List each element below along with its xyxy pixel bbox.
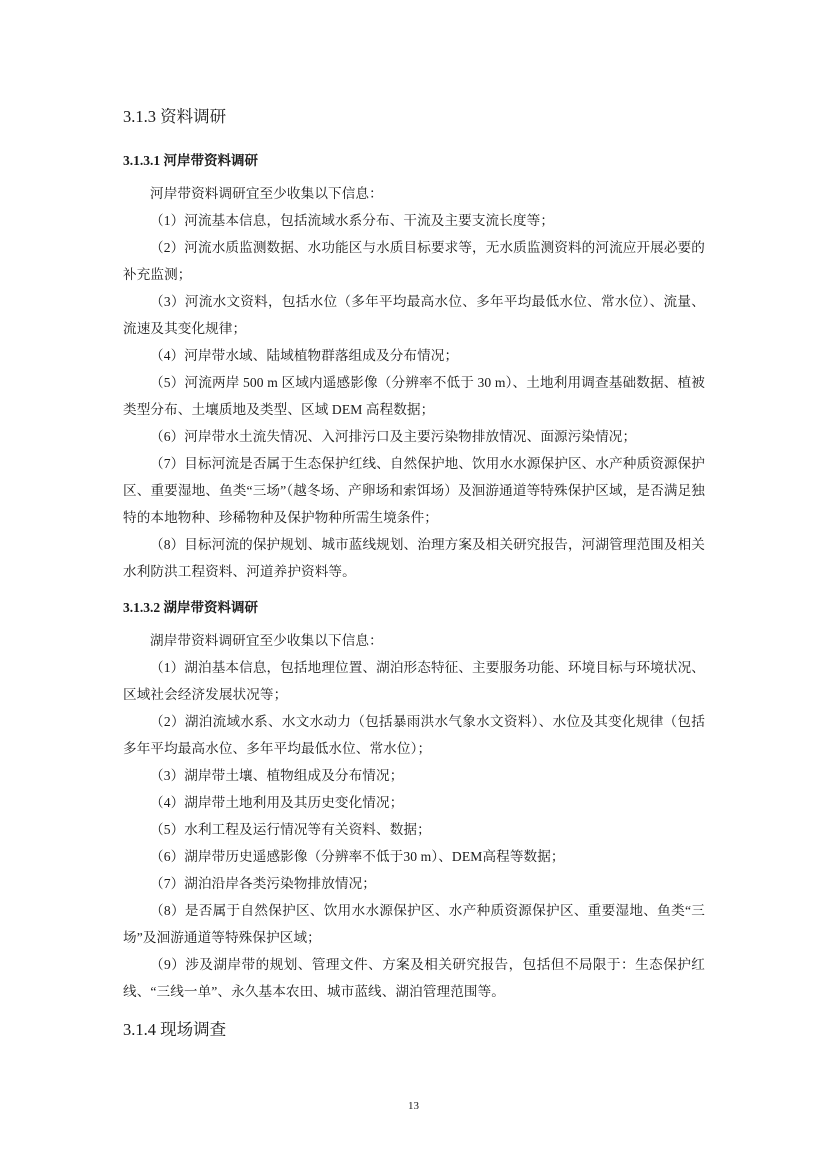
subsection-heading-3-1-3-1: 3.1.3.1 河岸带资料调研	[123, 149, 258, 169]
river-intro: 河岸带资料调研宜至少收集以下信息：	[123, 180, 705, 207]
lake-item-8: （8）是否属于自然保护区、饮用水水源保护区、水产种质资源保护区、重要湿地、鱼类“…	[123, 897, 705, 951]
lake-item-2: （2）湖泊流域水系、水文水动力（包括暴雨洪水气象水文资料）、水位及其变化规律（包…	[123, 708, 705, 762]
lake-item-6: （6）湖岸带历史遥感影像（分辨率不低于30 m）、DEM高程等数据；	[123, 843, 705, 870]
river-item-5: （5）河流两岸 500 m 区域内遥感影像（分辨率不低于 30 m）、土地利用调…	[123, 369, 705, 423]
river-item-4: （4）河岸带水域、陆域植物群落组成及分布情况；	[123, 342, 705, 369]
page-number: 13	[0, 1100, 827, 1112]
lake-item-9: （9）涉及湖岸带的规划、管理文件、方案及相关研究报告，包括但不局限于：生态保护红…	[123, 951, 705, 1005]
section-heading-3-1-4: 3.1.4 现场调查	[123, 1016, 226, 1040]
lake-item-3: （3）湖岸带土壤、植物组成及分布情况；	[123, 762, 705, 789]
lake-item-1: （1）湖泊基本信息，包括地理位置、湖泊形态特征、主要服务功能、环境目标与环境状况…	[123, 654, 705, 708]
lake-item-7: （7）湖泊沿岸各类污染物排放情况；	[123, 870, 705, 897]
river-item-8: （8）目标河流的保护规划、城市蓝线规划、治理方案及相关研究报告，河湖管理范围及相…	[123, 531, 705, 585]
river-item-7: （7）目标河流是否属于生态保护红线、自然保护地、饮用水水源保护区、水产种质资源保…	[123, 450, 705, 532]
lake-item-5: （5）水利工程及运行情况等有关资料、数据；	[123, 816, 705, 843]
river-item-6: （6）河岸带水土流失情况、入河排污口及主要污染物排放情况、面源污染情况；	[123, 423, 705, 450]
section-heading-3-1-3: 3.1.3 资料调研	[123, 103, 226, 127]
river-item-1: （1）河流基本信息，包括流域水系分布、干流及主要支流长度等；	[123, 207, 705, 234]
lake-item-4: （4）湖岸带土地利用及其历史变化情况；	[123, 789, 705, 816]
subsection-heading-3-1-3-2: 3.1.3.2 湖岸带资料调研	[123, 596, 258, 616]
river-item-3: （3）河流水文资料，包括水位（多年平均最高水位、多年平均最低水位、常水位）、流量…	[123, 288, 705, 342]
river-item-2: （2）河流水质监测数据、水功能区与水质目标要求等，无水质监测资料的河流应开展必要…	[123, 234, 705, 288]
lake-intro: 湖岸带资料调研宜至少收集以下信息：	[123, 627, 705, 654]
